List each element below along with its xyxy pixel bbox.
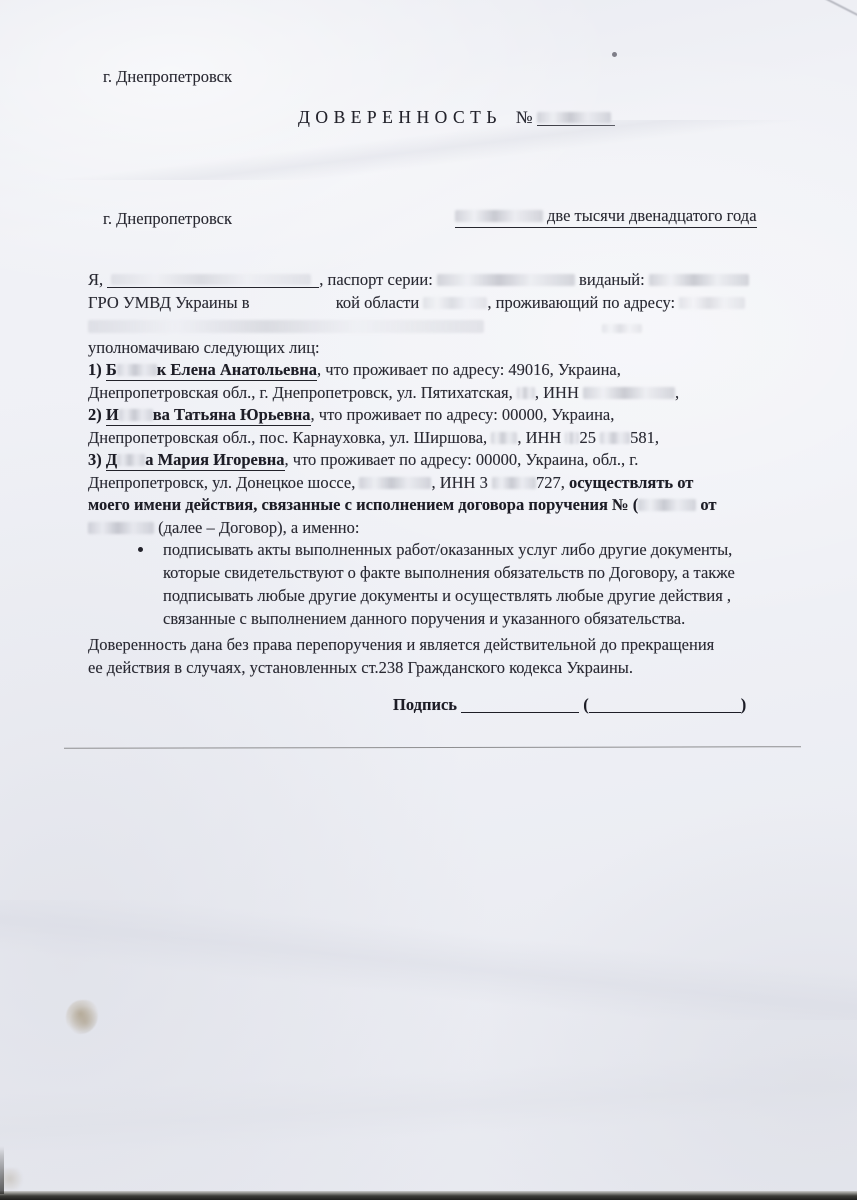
person-2-line-2: Днепропетровская обл., пос. Карнауховка,… xyxy=(88,427,659,448)
person-2-name: Ива Татьяна Юрьевна xyxy=(106,405,311,426)
redaction-mark xyxy=(537,112,611,123)
person-3-line-2: Днепропетровск, ул. Донецкое шоссе, , ИН… xyxy=(88,472,693,493)
person-2-number: 2) xyxy=(88,405,102,424)
principal-name-redacted xyxy=(107,272,319,288)
intro-line-2: ГРО УМВД Украины в кой области , прожива… xyxy=(88,292,745,313)
intro-residing: , проживающий по адресу: xyxy=(487,293,675,312)
mandate-bold-text: моего имени действия, связанные с исполн… xyxy=(88,495,638,514)
bullet-text-3: подписывать любые другие документы и осу… xyxy=(163,586,731,605)
person-1-name-start: Б xyxy=(106,360,117,379)
person-1-number: 1) xyxy=(88,360,102,379)
intro-line-3 xyxy=(88,316,642,337)
paper-crease xyxy=(0,1050,857,1150)
person-3-name: Да Мария Игоревна xyxy=(106,450,285,471)
person-3-name-rest: а Мария Игоревна xyxy=(145,450,284,469)
closing-text-2: ее действия в случаях, установленных ст.… xyxy=(88,658,633,677)
number-sign: № xyxy=(516,107,533,127)
person-2-name-start: И xyxy=(106,405,119,424)
date-underlined-group: две тысячи двенадцатого года xyxy=(455,205,757,228)
ink-dot-artifact xyxy=(612,52,617,57)
paper-crease xyxy=(0,120,857,180)
person-1-line-2: Днепропетровская обл., г. Днепропетровск… xyxy=(88,382,679,403)
edge-smudge-artifact xyxy=(2,1168,28,1190)
inn-redacted xyxy=(492,477,536,489)
contract-date-redacted xyxy=(88,522,154,534)
person-3-number: 3) xyxy=(88,450,102,469)
mandate-bold-ot: от xyxy=(700,495,716,514)
address-redacted-3 xyxy=(602,324,642,333)
signature-name-blank xyxy=(589,697,741,713)
intro-region: кой области xyxy=(336,293,420,312)
passport-series-redacted xyxy=(437,274,575,286)
closing-line-2: ее действия в случаях, установленных ст.… xyxy=(88,657,633,678)
person-3-bold-tail: осуществлять от xyxy=(569,473,693,492)
intro-i: Я, xyxy=(88,270,103,289)
inn-redacted xyxy=(565,432,579,444)
person-1-name-rest: к Елена Анатольевна xyxy=(157,360,317,379)
person-1-addr2: Днепропетровская обл., г. Днепропетровск… xyxy=(88,383,513,402)
house-number-redacted xyxy=(359,477,431,489)
region-name-redacted xyxy=(423,297,487,309)
bullet-line-2: которые свидетельствуют о факте выполнен… xyxy=(163,562,735,583)
intro-org: ГРО УМВД Украины в xyxy=(88,293,250,312)
redaction-mark xyxy=(117,364,157,376)
document-number-redacted xyxy=(537,110,615,126)
scanner-edge-strip xyxy=(0,1191,857,1200)
bullet-text-2: которые свидетельствуют о факте выполнен… xyxy=(163,563,735,582)
person-2-addr2: Днепропетровская обл., пос. Карнауховка,… xyxy=(88,428,487,447)
paper-crease xyxy=(0,900,857,1020)
separator-rule xyxy=(64,746,801,749)
person-2-inn-label: , ИНН xyxy=(517,428,561,447)
person-3-inn-label: , ИНН 3 xyxy=(431,473,487,492)
person-1-after-name: , что проживает по адресу: 49016, Украин… xyxy=(317,360,621,379)
redaction-mark xyxy=(111,274,311,285)
person-1-tail: , xyxy=(675,383,679,402)
person-3-line-1: 3) Да Мария Игоревна, что проживает по а… xyxy=(88,449,638,470)
inn-redacted xyxy=(583,387,675,399)
signature-label: Подпись xyxy=(393,695,457,714)
mandate-contract-text: (далее – Договор), а именно: xyxy=(158,518,359,537)
address-redacted-1 xyxy=(679,297,745,309)
closing-line-1: Доверенность дана без права перепоручени… xyxy=(88,634,714,655)
date-year-text: две тысячи двенадцатого года xyxy=(547,206,757,225)
person-2-inn-tail: 581, xyxy=(630,428,659,447)
intro-passport-label: , паспорт серии: xyxy=(319,270,433,289)
mandate-line-2: (далее – Договор), а именно: xyxy=(88,517,359,538)
person-1-line-1: 1) Бк Елена Анатольевна, что проживает п… xyxy=(88,359,621,380)
inn-redacted xyxy=(600,432,630,444)
person-2-name-rest: ва Татьяна Юрьевна xyxy=(153,405,311,424)
issuer-redacted xyxy=(649,274,749,286)
paper-stain xyxy=(66,1000,98,1034)
city-dateline-text: г. Днепропетровск xyxy=(103,209,232,228)
bullet-text-1: подписывать акты выполненных работ/оказа… xyxy=(163,540,732,559)
corner-crease-artifact xyxy=(821,0,857,18)
bullet-line-4: связанные с выполнением данного поручени… xyxy=(163,608,685,629)
person-2-inn-mid: 25 xyxy=(579,428,596,447)
document-title-line: ДОВЕРЕННОСТЬ№ xyxy=(298,107,615,128)
city-top-text: г. Днепропетровск xyxy=(103,67,232,86)
bullet-line-3: подписывать любые другие документы и осу… xyxy=(163,585,731,606)
authorize-lead-text: уполномачиваю следующих лиц: xyxy=(88,338,320,357)
signature-paren-close: ) xyxy=(741,695,747,714)
date-redacted xyxy=(455,210,543,222)
bullet-text-4: связанные с выполнением данного поручени… xyxy=(163,609,685,628)
authorize-lead-line: уполномачиваю следующих лиц: xyxy=(88,337,320,358)
intro-line-1: Я, , паспорт серии: виданый: xyxy=(88,269,749,290)
person-1-name: Бк Елена Анатольевна xyxy=(106,360,317,381)
document-title: ДОВЕРЕННОСТЬ xyxy=(298,107,502,127)
signature-line: Подпись () xyxy=(393,694,746,715)
scanned-document-page: г. Днепропетровск ДОВЕРЕННОСТЬ№ г. Днепр… xyxy=(0,0,857,1200)
house-number-redacted xyxy=(517,387,535,399)
address-redacted-2 xyxy=(88,320,484,333)
person-3-addr2: Днепропетровск, ул. Донецкое шоссе, xyxy=(88,473,355,492)
city-dateline: г. Днепропетровск xyxy=(103,208,232,229)
intro-issued-label: виданый: xyxy=(579,270,645,289)
person-3-name-start: Д xyxy=(106,450,117,469)
person-2-after-name: , что проживает по адресу: 00000, Украин… xyxy=(311,405,615,424)
closing-text-1: Доверенность дана без права перепоручени… xyxy=(88,635,714,654)
person-3-inn-tail: 727, xyxy=(536,473,565,492)
person-1-inn-label: , ИНН xyxy=(535,383,579,402)
person-2-line-1: 2) Ива Татьяна Юрьевна, что проживает по… xyxy=(88,404,614,425)
bullet-line-1: подписывать акты выполненных работ/оказа… xyxy=(163,539,732,560)
mandate-line-1: моего имени действия, связанные с исполн… xyxy=(88,494,716,515)
signature-blank xyxy=(461,697,579,713)
contract-number-redacted xyxy=(638,499,696,511)
house-number-redacted xyxy=(491,432,517,444)
redaction-mark xyxy=(117,454,145,466)
scanner-edge-corner xyxy=(0,1146,4,1194)
bullet-dot xyxy=(138,547,143,552)
person-3-after-name: , что проживает по адресу: 00000, Украин… xyxy=(285,450,639,469)
redaction-mark xyxy=(119,409,153,421)
city-top-line: г. Днепропетровск xyxy=(103,66,232,87)
date-line: две тысячи двенадцатого года xyxy=(455,205,757,228)
